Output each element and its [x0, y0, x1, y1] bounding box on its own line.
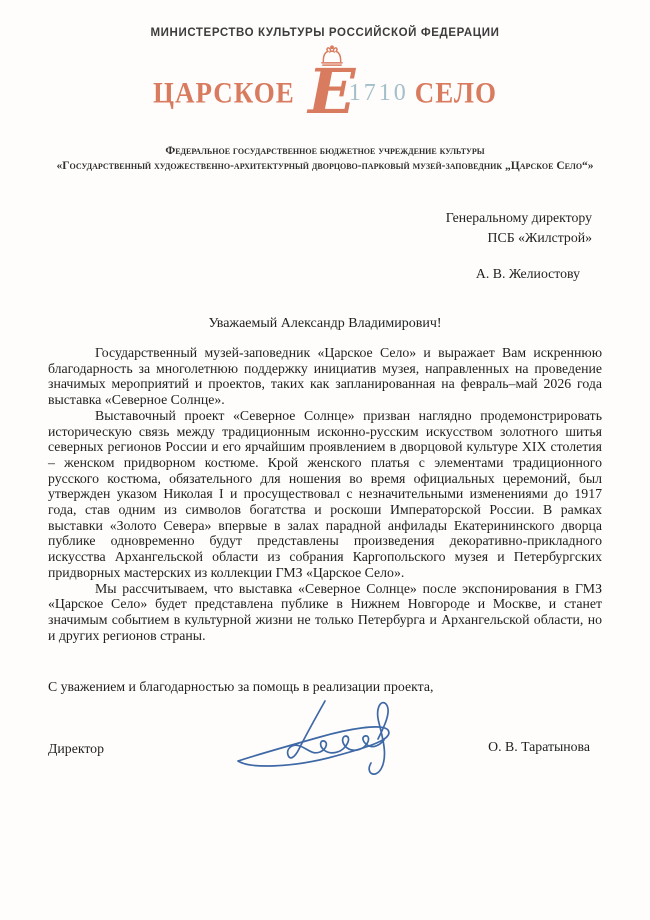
logo-word-right: СЕЛО — [415, 76, 497, 109]
addressee-gap — [0, 248, 592, 264]
salutation: Уважаемый Александр Владимирович! — [0, 316, 650, 332]
closing-line: С уважением и благодарностью за помощь в… — [48, 679, 602, 695]
org-lines: Федеральное государственное бюджетное уч… — [0, 144, 650, 174]
paragraph-3: Мы рассчитываем, что выставка «Северное … — [48, 581, 602, 644]
monogram: Е — [303, 45, 361, 141]
addressee-name: А. В. Желиостову — [0, 264, 592, 284]
museum-logo: ЦАРСКОЕ Е 1710 СЕЛО — [0, 44, 650, 142]
org-name-line: «Государственный художественно-архитекту… — [0, 159, 650, 174]
paragraph-1: Государственный музей-заповедник «Царско… — [48, 345, 602, 408]
org-type-line: Федеральное государственное бюджетное уч… — [0, 144, 650, 159]
ministry-line: МИНИСТЕРСТВО КУЛЬТУРЫ РОССИЙСКОЙ ФЕДЕРАЦ… — [0, 0, 650, 39]
monogram-e: Е — [308, 63, 355, 122]
signer-title: Директор — [48, 741, 104, 757]
signer-name: О. В. Таратынова — [488, 739, 590, 755]
letter-page: МИНИСТЕРСТВО КУЛЬТУРЫ РОССИЙСКОЙ ФЕДЕРАЦ… — [0, 0, 650, 920]
logo-word-left: ЦАРСКОЕ — [153, 76, 295, 109]
addressee-company: ПСБ «Жилстрой» — [0, 228, 592, 248]
addressee-position: Генеральному директору — [0, 208, 592, 228]
signature-block: Директор О. В. Таратынова — [48, 709, 602, 809]
addressee-block: Генеральному директору ПСБ «Жилстрой» А.… — [0, 208, 592, 284]
letter-body: Государственный музей-заповедник «Царско… — [48, 345, 602, 643]
paragraph-2: Выставочный проект «Северное Солнце» при… — [48, 408, 602, 581]
signature-image — [228, 695, 438, 785]
